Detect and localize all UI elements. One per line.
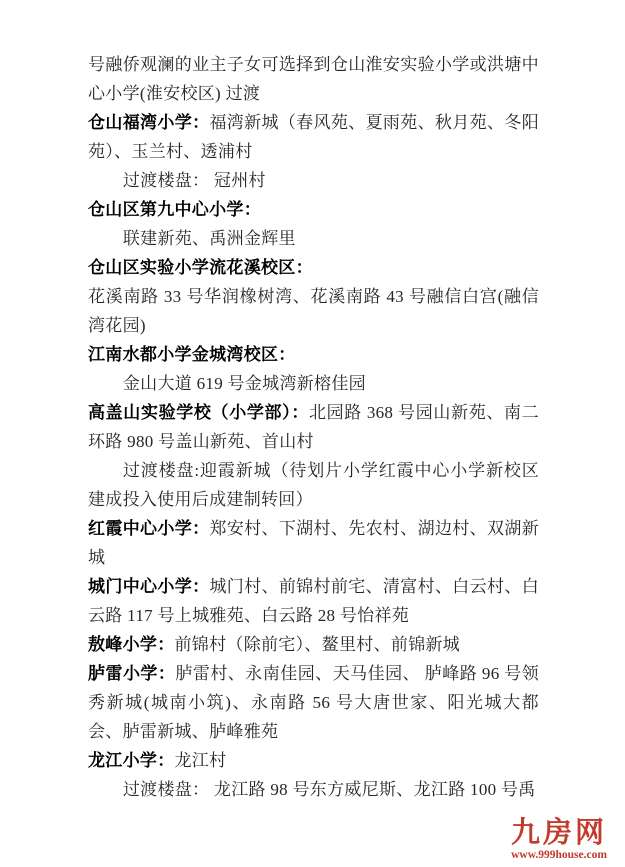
paragraph: 号融侨观澜的业主子女可选择到仓山淮安实验小学或洪塘中心小学(淮安校区) 过渡 xyxy=(88,50,539,108)
school-name: 仓山区第九中心小学： xyxy=(88,200,261,219)
school-name: 江南水都小学金城湾校区： xyxy=(88,345,296,364)
paragraph: 城门中心小学：城门村、前锦村前宅、清富村、白云村、白云路 117 号上城雅苑、白… xyxy=(88,572,539,630)
watermark-url: www.999house.com xyxy=(496,850,622,862)
text-run: 号融侨观澜的业主子女可选择到仓山淮安实验小学或洪塘中心小学(淮安校区) 过渡 xyxy=(88,55,539,103)
document-content: 号融侨观澜的业主子女可选择到仓山淮安实验小学或洪塘中心小学(淮安校区) 过渡仓山… xyxy=(88,50,539,804)
paragraph: 龙江小学：龙江村 xyxy=(88,746,539,775)
text-run: 龙江村 xyxy=(175,751,227,770)
text-run: 联建新苑、禹洲金辉里 xyxy=(123,229,296,248)
paragraph: 高盖山实验学校（小学部）：北园路 368 号园山新苑、南二环路 980 号盖山新… xyxy=(88,398,539,456)
text-run: 过渡楼盘： 龙江路 98 号东方威尼斯、龙江路 100 号禹 xyxy=(123,780,536,799)
paragraph: 胪雷小学：胪雷村、永南佳园、天马佳园、 胪峰路 96 号领秀新城(城南小筑)、永… xyxy=(88,659,539,746)
paragraph: 联建新苑、禹洲金辉里 xyxy=(88,224,539,253)
paragraph: 过渡楼盘:迎霞新城（待划片小学红霞中心小学新校区建成投入使用后成建制转回） xyxy=(88,456,539,514)
text-run: 过渡楼盘:迎霞新城（待划片小学红霞中心小学新校区建成投入使用后成建制转回） xyxy=(88,461,539,509)
paragraph: 红霞中心小学：郑安村、下湖村、先农村、湖边村、双湖新城 xyxy=(88,514,539,572)
paragraph: 花溪南路 33 号华润橡树湾、花溪南路 43 号融信白宫(融信湾花园) xyxy=(88,282,539,340)
school-name: 仓山福湾小学： xyxy=(88,113,209,132)
paragraph: 仓山区实验小学流花溪校区： xyxy=(88,253,539,282)
text-run: 过渡楼盘： 冠州村 xyxy=(123,171,266,190)
paragraph: 敖峰小学：前锦村（除前宅）、鳌里村、前锦新城 xyxy=(88,630,539,659)
paragraph: 金山大道 619 号金城湾新榕佳园 xyxy=(88,369,539,398)
paragraph: 仓山福湾小学：福湾新城（春风苑、夏雨苑、秋月苑、冬阳苑）、玉兰村、透浦村 xyxy=(88,108,539,166)
text-run: 花溪南路 33 号华润橡树湾、花溪南路 43 号融信白宫(融信湾花园) xyxy=(88,287,539,335)
school-name: 城门中心小学： xyxy=(88,577,209,596)
paragraph: 仓山区第九中心小学： xyxy=(88,195,539,224)
text-run: 前锦村（除前宅）、鳌里村、前锦新城 xyxy=(175,635,461,654)
school-name: 仓山区实验小学流花溪校区： xyxy=(88,258,313,277)
paragraph: 过渡楼盘： 龙江路 98 号东方威尼斯、龙江路 100 号禹 xyxy=(88,775,539,804)
text-run: 金山大道 619 号金城湾新榕佳园 xyxy=(123,374,366,393)
school-name: 敖峰小学： xyxy=(88,635,175,654)
document-page: 号融侨观澜的业主子女可选择到仓山淮安实验小学或洪塘中心小学(淮安校区) 过渡仓山… xyxy=(0,0,625,867)
paragraph: 过渡楼盘： 冠州村 xyxy=(88,166,539,195)
paragraph: 江南水都小学金城湾校区： xyxy=(88,340,539,369)
school-name: 红霞中心小学： xyxy=(88,519,209,538)
school-name: 龙江小学： xyxy=(88,751,175,770)
watermark: 九房网 www.999house.com xyxy=(496,819,622,862)
school-name: 高盖山实验学校（小学部）： xyxy=(88,403,309,422)
school-name: 胪雷小学： xyxy=(88,664,175,683)
watermark-logo: 九房网 xyxy=(496,819,622,848)
